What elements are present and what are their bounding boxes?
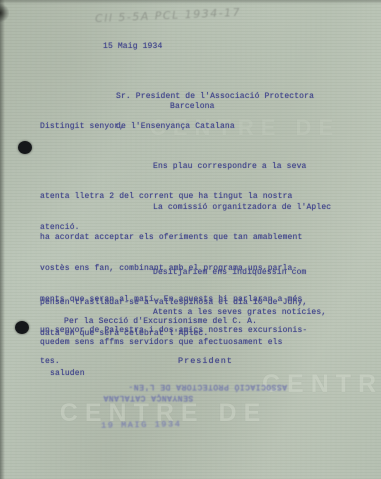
scan-edge-left (0, 0, 5, 479)
recipient-city: Barcelona (170, 102, 215, 112)
signature-title: President (178, 356, 233, 366)
recipient-line-2: de l'Ensenyança Catalana (116, 122, 314, 132)
scan-edge-top (0, 0, 381, 4)
paragraph-line: Desitjaríem ens indiquéssin com (153, 268, 307, 278)
hole-punch-top (18, 141, 32, 154)
signature-org-line: Per la Secció d'Excursionisme del C. A. (64, 317, 257, 327)
hole-punch-bottom (15, 321, 29, 334)
paragraph-line: La comissió organitzadora de l'Aplec (153, 203, 331, 213)
paragraph-line: ha acordat acceptar els oferiments que t… (40, 233, 331, 243)
date-received-stamp: 19 MAIG 1934 (101, 419, 182, 430)
recipient-line-1: Sr. President de l'Associació Protectora (116, 92, 314, 102)
paragraph-line: quedem sens affms servidors que afectuos… (40, 338, 326, 348)
scan-corner-blotch (0, 4, 9, 22)
paragraph-line: Ens plau correspondre a la seva (153, 162, 306, 172)
handwritten-reference: Cll 5-5A PCL 1934-17 (95, 6, 242, 25)
letter-date: 15 Maig 1934 (103, 42, 162, 52)
letter-page: CENTRE DE CENTRE DE CENTRE DE Cll 5-5A P… (0, 0, 381, 479)
registry-stamp-line-2: SENYANÇA CATALANA (103, 393, 193, 402)
paragraph-line: saluden (50, 369, 326, 379)
registry-stamp-line-1: ASSOCIACIÓ PROTECTORA DE L'EN- (128, 382, 287, 391)
salutation: Distingit senyor, (40, 122, 124, 132)
